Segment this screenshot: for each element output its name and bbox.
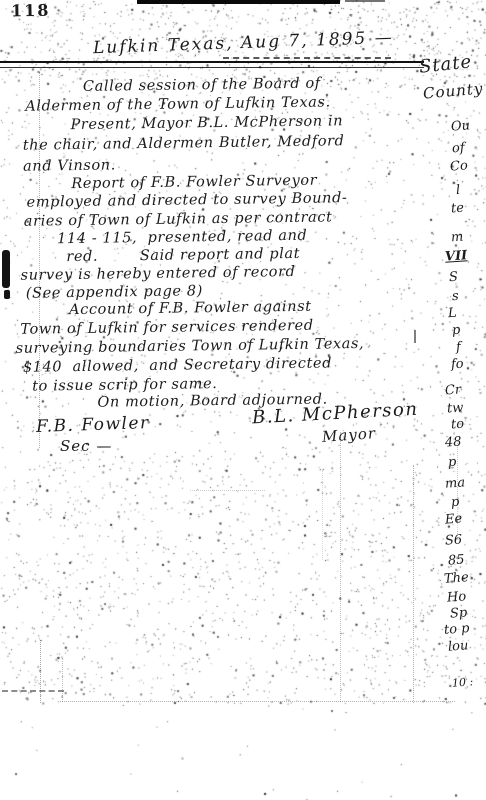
adjacent-page-fragment: Ho bbox=[447, 589, 467, 605]
adjacent-page-fragment: p bbox=[447, 455, 456, 471]
secretary-signature: F.B. Fowler bbox=[36, 413, 150, 437]
ink-smudge bbox=[2, 250, 10, 288]
adjacent-page-fragment: p bbox=[451, 323, 460, 339]
adjacent-page-fragment: S6 bbox=[444, 532, 462, 548]
handwritten-line: 114 - 115, presented, read and bbox=[57, 228, 307, 247]
adjacent-page-fragment: m bbox=[450, 230, 463, 246]
handwritten-line: red. Said report and plat bbox=[66, 246, 300, 265]
adjacent-page-fragment: ma bbox=[445, 475, 466, 491]
scan-ruling-artifact bbox=[40, 640, 41, 703]
adjacent-page-fragment: to p bbox=[444, 621, 470, 638]
secretary-title: Sec — bbox=[60, 437, 112, 455]
adjacent-page-fragment: Ee bbox=[444, 511, 462, 527]
scan-ruling-artifact bbox=[60, 701, 455, 702]
scan-ruling-artifact bbox=[190, 490, 265, 491]
adjacent-page-fragment: S bbox=[448, 270, 458, 286]
ink-smudge bbox=[4, 290, 10, 299]
handwritten-line: Account of F.B. Fowler against bbox=[69, 299, 312, 318]
scan-ruling-artifact bbox=[2, 690, 64, 692]
handwritten-line: survey is hereby entered of record bbox=[21, 264, 296, 284]
adjacent-page-fragment: s bbox=[451, 289, 459, 304]
adjacent-page-fragment: f bbox=[455, 340, 461, 355]
adjacent-page-fragment: Ou bbox=[451, 118, 471, 134]
handwritten-line: and Vinson. bbox=[23, 157, 116, 174]
handwritten-line: the chair, and Aldermen Butler, Medford bbox=[23, 133, 345, 153]
scan-ruling-artifact bbox=[322, 470, 323, 560]
adjacent-page-fragment: VII bbox=[445, 248, 468, 265]
adjacent-page-fragment: Sp bbox=[449, 605, 467, 621]
handwritten-line: Town of Lufkin for services rendered bbox=[20, 318, 314, 338]
adjacent-page-fragment: of bbox=[451, 141, 465, 157]
scan-artifact bbox=[414, 330, 416, 343]
handwritten-line: $140 allowed, and Secretary directed bbox=[23, 355, 332, 375]
adjacent-page-fragment: tw bbox=[446, 400, 463, 416]
handwritten-line: aries of Town of Lufkin as per contract bbox=[24, 209, 333, 229]
handwritten-line: Called session of the Board of bbox=[83, 76, 321, 95]
scan-ruling-artifact bbox=[62, 658, 63, 702]
scan-ruling-artifact bbox=[457, 440, 458, 540]
adjacent-page-word-state: State bbox=[418, 51, 473, 77]
handwritten-line: employed and directed to survey Bound- bbox=[26, 190, 347, 210]
handwritten-line: Aldermen of the Town of Lufkin Texas. bbox=[25, 94, 331, 114]
adjacent-page-fragment: te bbox=[450, 201, 464, 217]
handwritten-line: (See appendix page 8) bbox=[26, 283, 203, 301]
adjacent-page-fragment: p bbox=[450, 495, 459, 511]
handwritten-line: surveying boundaries Town of Lufkin Texa… bbox=[16, 336, 365, 357]
handwritten-line: to issue scrip for same. bbox=[32, 376, 218, 395]
scan-ruling-artifact bbox=[340, 432, 341, 702]
handwritten-line: Report of F.B. Fowler Surveyor bbox=[71, 173, 317, 192]
adjacent-page-fragment: lou bbox=[448, 638, 469, 654]
scanned-ledger-page: 118 Lufkin Texas, Aug 7, 1895 — Called s… bbox=[0, 0, 486, 800]
adjacent-page-fragment: 48 bbox=[444, 434, 462, 450]
adjacent-page-fragment: Cr bbox=[444, 382, 461, 398]
mayor-title: Mayor bbox=[321, 424, 376, 446]
handwritten-line: Present, Mayor B.L. McPherson in bbox=[70, 113, 343, 133]
page-content: 118 Lufkin Texas, Aug 7, 1895 — Called s… bbox=[0, 0, 486, 800]
adjacent-page-word-county: County bbox=[422, 79, 484, 102]
adjacent-page-fragment: 85 bbox=[447, 552, 465, 568]
adjacent-page-fragment: to bbox=[450, 417, 464, 433]
minutes-body: Called session of the Board of Aldermen … bbox=[0, 0, 443, 463]
adjacent-page-fragment: The bbox=[444, 570, 470, 587]
scan-ruling-artifact bbox=[413, 465, 414, 703]
adjacent-page-fragment: l bbox=[455, 183, 460, 198]
adjacent-page-fragment: fo bbox=[450, 357, 464, 373]
adjacent-page-fragment: L bbox=[447, 306, 457, 322]
adjacent-page-fragment: 10 : bbox=[452, 675, 474, 689]
adjacent-page-fragment: Co bbox=[449, 158, 468, 174]
